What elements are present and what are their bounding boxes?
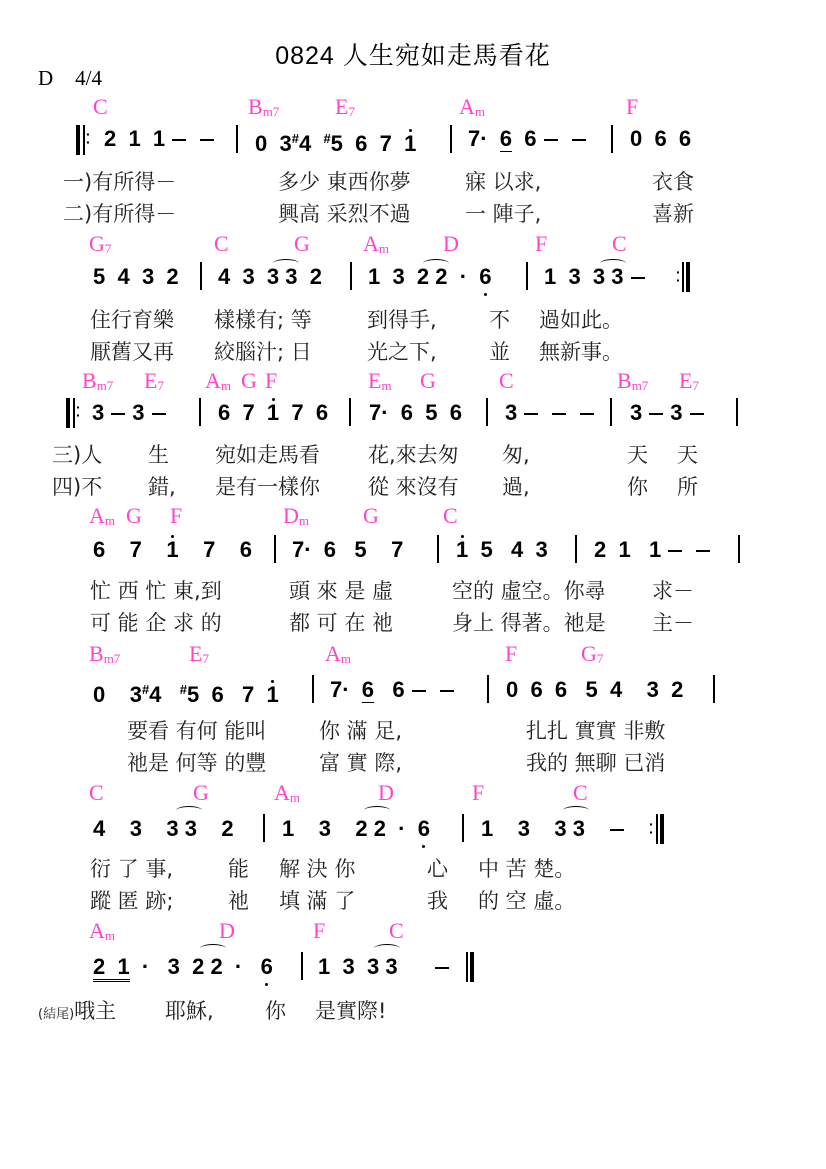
lyric-verse-1: 寐 以求, [465,170,541,194]
measure: 33 [630,400,711,426]
measure: 2 1 1 [104,126,221,152]
lyric-verse-4: 祂 [228,889,249,913]
barline [713,675,715,703]
chord: E7 [679,370,699,397]
chord: D [219,920,235,942]
repeat-dots: ·· [649,820,654,836]
measure: 3 [505,400,601,426]
lyric-verse-3: 心 [427,857,448,881]
lyric-verse-3: 衍 了 事, [90,857,173,881]
measure: 2 1 1 [594,537,717,563]
chord: Am [363,233,389,260]
time-signature: 4/4 [75,66,102,90]
chord: G7 [89,233,111,260]
measure: 2 1 · 3 2 2 · 6 [93,954,273,980]
barline [236,125,238,153]
tie [563,806,589,815]
chord: Am [205,370,231,397]
chord: F [265,370,277,392]
chord: Bm7 [82,370,113,397]
lyric-verse-4: 錯, [148,475,176,499]
chord: G [126,505,142,527]
lyric-verse-3: 生 [148,443,169,467]
chord: F [472,782,484,804]
chord: C [612,233,627,255]
chord: G [420,370,436,392]
lyric-verse-2: 喜新 [652,202,694,226]
measure: 1 3 3 3 [481,816,631,842]
barline [312,675,314,703]
chord: G [294,233,310,255]
barline [610,398,612,426]
lyric-verse-4: 身上 得著。祂是 [452,611,606,635]
lyric-verse-1: 到得手, [367,308,437,332]
barline [274,535,276,563]
lyric-verse-3: 宛如走馬看 [215,443,320,467]
lyric-verse-2: 並 [489,340,510,364]
chord: G [193,782,209,804]
chord: F [626,96,638,118]
lyric-verse-3: 扎扎 實實 非敷 [526,719,665,743]
lyric-ending: 你 [265,999,286,1023]
chord: Dm [283,505,309,532]
barline [263,814,265,842]
repeat-dots: ·· [676,268,681,284]
lyric-verse-4: 都 可 在 祂 [289,611,393,635]
barline [611,125,613,153]
chord: Em [368,370,392,397]
chord: Bm7 [89,643,120,670]
lyric-verse-3: 忙 西 忙 東,到 [90,579,222,603]
barline [487,675,489,703]
chord: Am [89,920,115,947]
chord: C [214,233,229,255]
repeat-dots: ·· [86,130,91,146]
tie [364,806,390,815]
barline [437,535,439,563]
lyric-verse-4: 是有一樣你 [215,475,320,499]
chord: E7 [335,96,355,123]
tie [600,259,626,268]
measure: 6 7 1 7 6 [93,537,252,563]
lyric-verse-1: 衣食 [652,170,694,194]
lyric-verse-2: 厭舊又再 [90,340,174,364]
tie [200,944,226,953]
lyric-verse-4: 蹤 匿 跡; [90,889,173,913]
chord: F [170,505,182,527]
song-title: 0824 人生宛如走馬看花 [0,36,826,72]
lyric-verse-4: 所 [677,475,698,499]
chord: G7 [581,643,603,670]
lyric-verse-1: 住行育樂 [90,308,174,332]
lyric-verse-2: 無新事。 [539,340,623,364]
tie [176,806,202,815]
measure: 1 5 4 3 [456,537,548,563]
chord: C [89,782,104,804]
lyric-verse-1: 多少 東西你夢 [278,170,411,194]
measure: 0 3#4 #5 6 7 1 [93,677,279,708]
lyric-verse-2: 興高 采烈不過 [278,202,411,226]
chord: C [499,370,514,392]
chord: Am [274,782,300,809]
lyric-verse-2: 絞腦汁; 日 [214,340,312,364]
measure: 5 4 3 2 [93,264,179,290]
lyric-verse-4: 我的 無聊 已消 [526,751,665,775]
measure: 7· 6 6 [330,677,461,703]
measure: 1 3 3 3 [544,264,652,290]
lyric-verse-4: 可 能 企 求 的 [90,611,222,635]
measure: 1 3 2 2 · 6 [282,816,430,842]
lyric-verse-3: 三)人 [52,443,102,467]
chord: G [241,370,257,392]
lyric-verse-3: 頭 來 是 虛 [289,579,393,603]
barline [349,398,351,426]
lyric-verse-4: 四)不 [52,475,102,499]
tie [273,259,299,268]
lyric-verse-3: 空的 虛空。你尋 [452,579,606,603]
barline [738,535,740,563]
chord: E7 [189,643,209,670]
lyric-verse-3: 要看 有何 能叫 [127,719,266,743]
barline [486,398,488,426]
lyric-verse-3: 解 決 你 [279,857,355,881]
lyric-verse-2: 二)有所得－ [63,202,176,226]
lyric-verse-4: 的 空 虛。 [478,889,575,913]
measure: 0 3#4 #5 6 7 1 [255,126,416,157]
measure: 7· 6 5 7 [292,537,403,563]
lyric-ending: (結尾)哦主 [38,999,116,1027]
lyric-verse-4: 你 [627,475,648,499]
lyric-verse-4: 主－ [652,611,694,635]
chord: F [505,643,517,665]
lyric-verse-4: 富 實 際, [319,751,402,775]
barline [200,262,202,290]
chord: E7 [144,370,164,397]
measure: 0 6 6 5 4 3 2 [506,677,683,703]
chord: Am [325,643,351,670]
chord: C [573,782,588,804]
barline [526,262,528,290]
measure: 4 3 3 3 2 [218,264,322,290]
lyric-verse-3: 求－ [652,579,694,603]
lyric-ending: 耶穌, [165,999,214,1023]
lyric-verse-4: 過, [502,475,530,499]
lyric-verse-1: 樣樣有; 等 [214,308,312,332]
barline [450,125,452,153]
lyric-verse-3: 能 [228,857,249,881]
chord: D [378,782,394,804]
lyric-verse-3: 天 [627,443,648,467]
chord: Am [89,505,115,532]
measure: 7· 6 5 6 [369,400,462,426]
lyric-verse-2: 一 陣子, [465,202,541,226]
chord: Bm7 [248,96,279,123]
tie [423,259,449,268]
barline [199,398,201,426]
lyric-verse-4: 我 [427,889,448,913]
lyric-verse-1: 過如此。 [539,308,623,332]
lyric-verse-1: 一)有所得－ [63,170,176,194]
lyric-verse-3: 花,來去匆 [368,443,459,467]
key-signature: D4/4 [38,66,102,91]
lyric-verse-4: 填 滿 了 [279,889,355,913]
barline [575,535,577,563]
chord: C [443,505,458,527]
chord: Am [459,96,485,123]
lyric-verse-4: 祂是 何等 的豐 [127,751,266,775]
chord: C [93,96,108,118]
barline [736,398,738,426]
chord: C [389,920,404,942]
lyric-verse-3: 中 苦 楚。 [478,857,575,881]
barline [350,262,352,290]
measure: 1 3 3 3 [318,954,456,980]
lyric-verse-4: 從 來沒有 [368,475,459,499]
lyric-verse-3: 你 滿 足, [319,719,402,743]
barline [462,814,464,842]
lyric-verse-3: 天 [677,443,698,467]
lyric-verse-3: 匆, [502,443,530,467]
chord: F [535,233,547,255]
measure: 6 7 1 7 6 [218,400,328,426]
tie [374,944,400,953]
lyric-verse-1: 不 [489,308,510,332]
repeat-dots: ·· [76,403,81,419]
chord: D [443,233,459,255]
lyric-ending: 是實際! [315,999,386,1023]
chord: G [363,505,379,527]
measure: 33 [92,400,173,426]
measure: 4 3 3 3 2 [93,816,234,842]
measure: 7· 6 6 [468,126,593,152]
chord: F [313,920,325,942]
lyric-verse-2: 光之下, [367,340,437,364]
key: D [38,66,53,90]
measure: 0 6 6 [630,126,691,152]
chord: Bm7 [617,370,648,397]
barline [301,952,303,980]
